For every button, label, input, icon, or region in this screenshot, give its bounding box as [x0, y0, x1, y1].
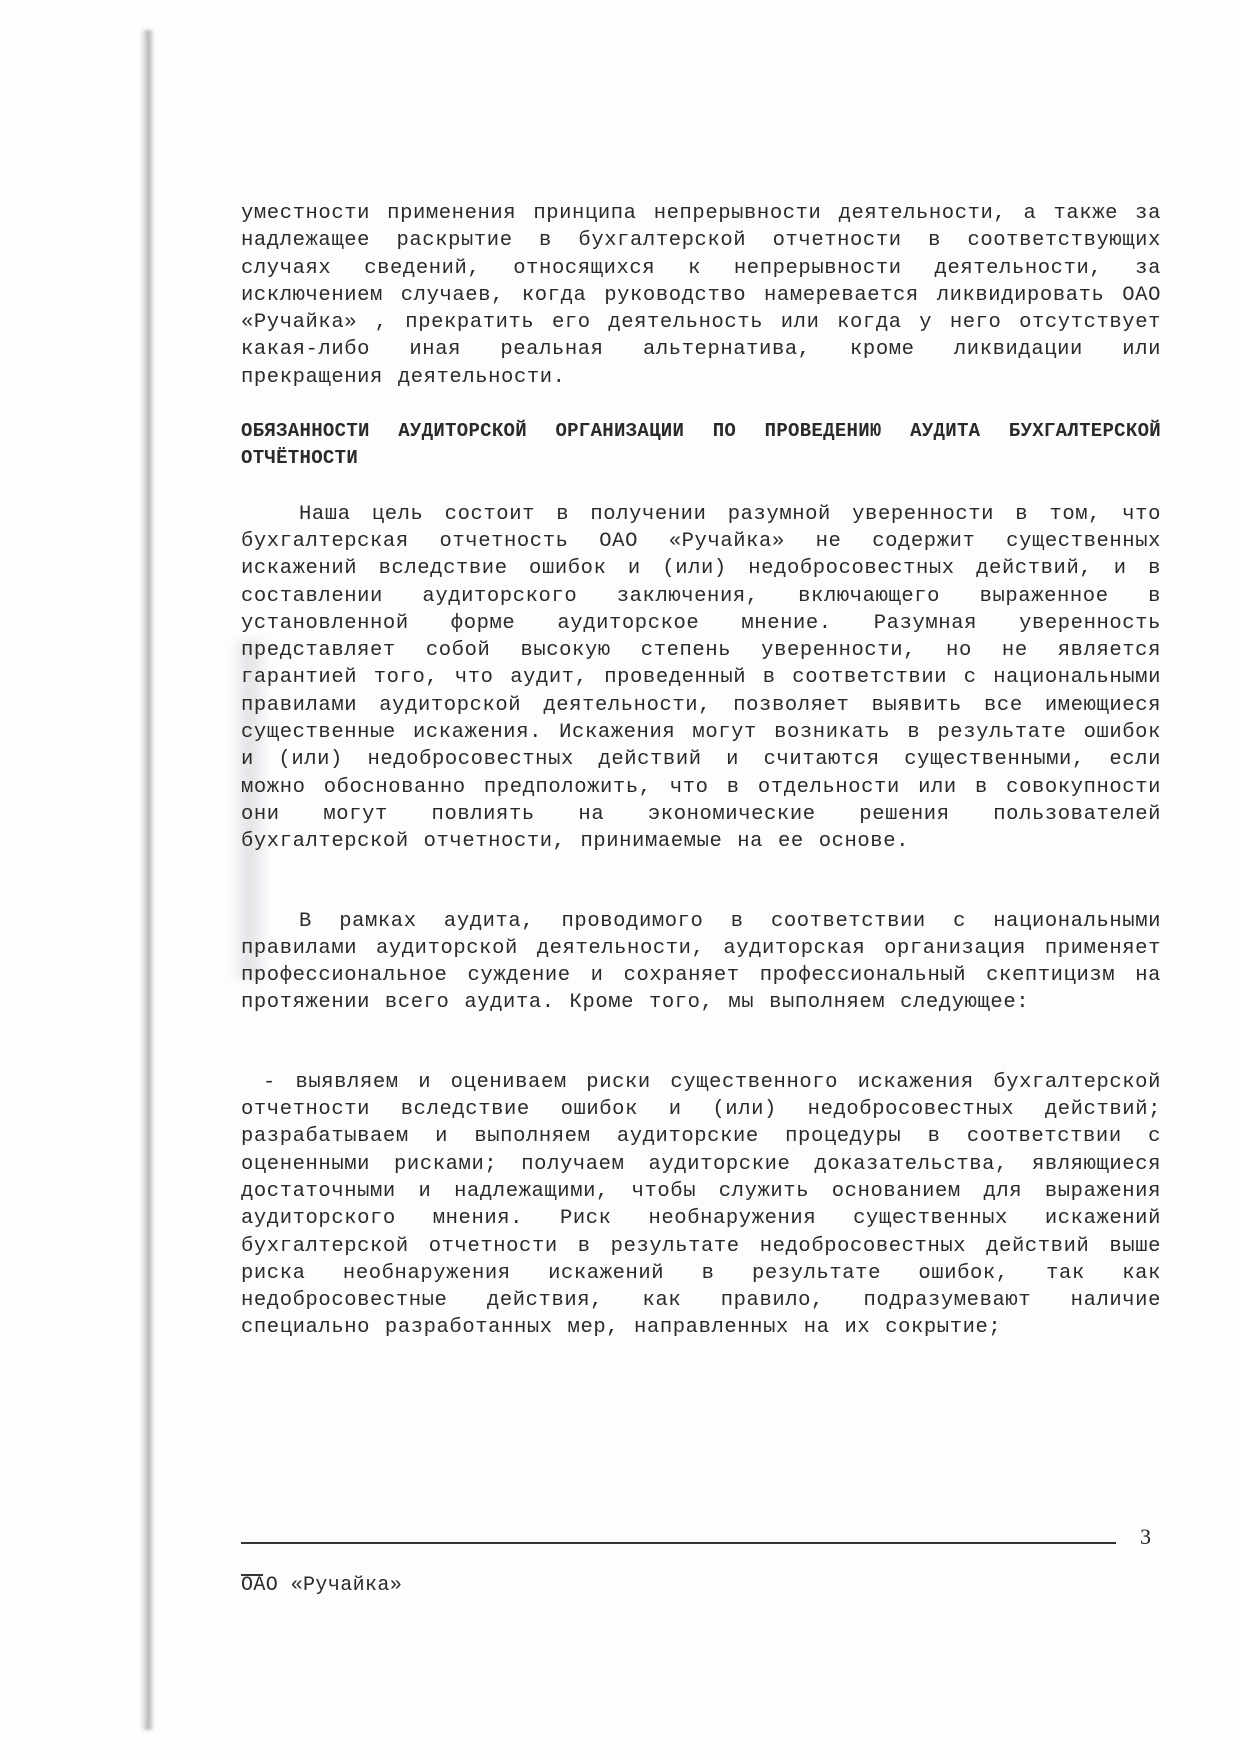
section-heading: ОБЯЗАННОСТИ АУДИТОРСКОЙ ОРГАНИЗАЦИИ ПО П…	[241, 418, 1161, 473]
paragraph-going-concern: уместности применения принципа непрерывн…	[241, 200, 1161, 391]
paragraph-audit-objective: Наша цель состоит в получении разумной у…	[241, 501, 1161, 856]
page-number: 3	[1140, 1524, 1151, 1550]
footer-company-name: ОАО «Ручайка»	[241, 1574, 402, 1597]
document-body: уместности применения принципа непрерывн…	[241, 200, 1161, 1342]
list-item-risk-assessment: - выявляем и оцениваем риски существенно…	[241, 1069, 1161, 1342]
footer-divider	[241, 1542, 1116, 1544]
scan-shadow	[140, 30, 154, 1730]
paragraph-audit-scope: В рамках аудита, проводимого в соответст…	[241, 908, 1161, 1017]
